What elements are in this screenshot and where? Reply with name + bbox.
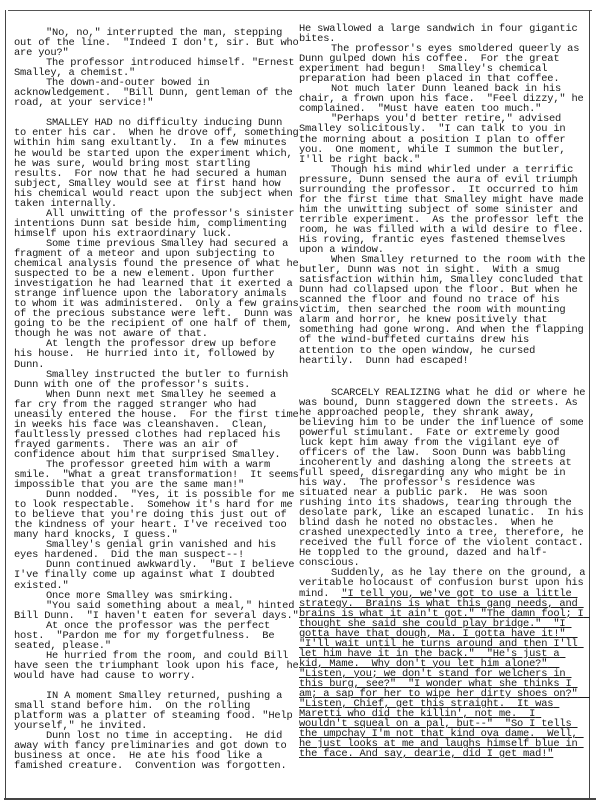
paragraph: Suddenly, as he lay there on the ground,…	[299, 568, 589, 759]
paragraph: Some time previous Smalley had secured a…	[14, 239, 299, 339]
paragraph: "No, no," interrupted the man, stepping …	[14, 28, 299, 58]
paragraph: The professor introduced himself. "Ernes…	[14, 58, 299, 78]
paragraph: Dunn lost no time in accepting. He did a…	[14, 731, 299, 771]
paragraph: The professor's eyes smoldered queerly a…	[299, 44, 589, 84]
paragraph-text: Dunn nodded. "Yes, it is possible for me…	[14, 489, 300, 541]
paragraph-text: When Smalley returned to the room with t…	[299, 254, 591, 366]
right-border-rule	[589, 10, 590, 798]
paragraph-text: SCARCELY REALIZING what he did or where …	[299, 387, 596, 570]
paragraph: SMALLEY HAD no difficulty inducing Dunn …	[14, 118, 299, 208]
paragraph: At once the professor was the perfect ho…	[14, 621, 299, 651]
paragraph: SCARCELY REALIZING what he did or where …	[299, 388, 589, 569]
paragraph-text: At once the professor was the perfect ho…	[14, 620, 280, 652]
paragraph: Dunn nodded. "Yes, it is possible for me…	[14, 490, 299, 540]
paragraph-text: Smalley instructed the butler to furnish…	[14, 369, 294, 391]
section-break	[299, 366, 589, 388]
paragraph: Smalley instructed the butler to furnish…	[14, 370, 299, 390]
paragraph-text: When Dunn next met Smalley he seemed a f…	[14, 389, 305, 461]
paragraph-text: The professor introduced himself. "Ernes…	[14, 57, 300, 79]
paragraph: The professor greeted him with a warm sm…	[14, 460, 299, 490]
paragraph-text: "No, no," interrupted the man, stepping …	[14, 27, 305, 59]
paragraph: When Smalley returned to the room with t…	[299, 255, 589, 366]
paragraph: The down-and-outer bowed in acknowledgem…	[14, 78, 299, 108]
right-text-column: He swallowed a large sandwich in four gi…	[299, 24, 589, 759]
paragraph-text: Though his mind whirled under a terrific…	[299, 164, 596, 256]
paragraph: Smalley's genial grin vanished and his e…	[14, 540, 299, 560]
paragraph-text: Dunn lost no time in accepting. He did a…	[14, 730, 293, 772]
paragraph: IN A moment Smalley returned, pushing a …	[14, 691, 299, 731]
manuscript-page: "No, no," interrupted the man, stepping …	[0, 0, 600, 809]
paragraph: Dunn continued awkwardly. "But I believe…	[14, 560, 299, 590]
paragraph-text: "You said something about a meal," hinte…	[14, 600, 300, 622]
paragraph-text: Not much later Dunn leaned back in his c…	[299, 83, 590, 115]
paragraph-text: "Perhaps you'd better retire," advised S…	[299, 113, 572, 165]
underlined-dialogue: "I tell you, we've got to use a little s…	[299, 588, 590, 761]
paragraph-text: SMALLEY HAD no difficulty inducing Dunn …	[14, 117, 305, 209]
paragraph-text: Some time previous Smalley had secured a…	[14, 238, 305, 340]
paragraph-text: Dunn continued awkwardly. "But I believe…	[14, 559, 300, 591]
paragraph: He hurried from the room, and could Bill…	[14, 651, 299, 681]
paragraph: He swallowed a large sandwich in four gi…	[299, 24, 589, 44]
top-border-rule	[8, 10, 592, 11]
paragraph: "You said something about a meal," hinte…	[14, 601, 299, 621]
paragraph-text: IN A moment Smalley returned, pushing a …	[14, 690, 299, 732]
left-border-rule	[5, 10, 6, 798]
paragraph-text: He hurried from the room, and could Bill…	[14, 650, 305, 682]
paragraph: Though his mind whirled under a terrific…	[299, 165, 589, 255]
paragraph-text: Smalley's genial grin vanished and his e…	[14, 539, 282, 561]
paragraph: When Dunn next met Smalley he seemed a f…	[14, 390, 299, 460]
paragraph: "Perhaps you'd better retire," advised S…	[299, 114, 589, 164]
paragraph-text: The professor's eyes smoldered queerly a…	[299, 43, 585, 85]
left-text-column: "No, no," interrupted the man, stepping …	[14, 28, 299, 771]
paragraph: Not much later Dunn leaned back in his c…	[299, 84, 589, 114]
paragraph-text: He swallowed a large sandwich in four gi…	[299, 23, 584, 45]
paragraph-text: The down-and-outer bowed in acknowledgem…	[14, 77, 299, 109]
paragraph-text: At length the professor drew up before h…	[14, 338, 282, 370]
paragraph: All unwitting of the professor's siniste…	[14, 209, 299, 239]
bottom-border-rule	[4, 798, 596, 800]
paragraph: At length the professor drew up before h…	[14, 339, 299, 369]
paragraph-text: The professor greeted him with a warm sm…	[14, 459, 305, 491]
paragraph-text: All unwitting of the professor's siniste…	[14, 208, 300, 240]
